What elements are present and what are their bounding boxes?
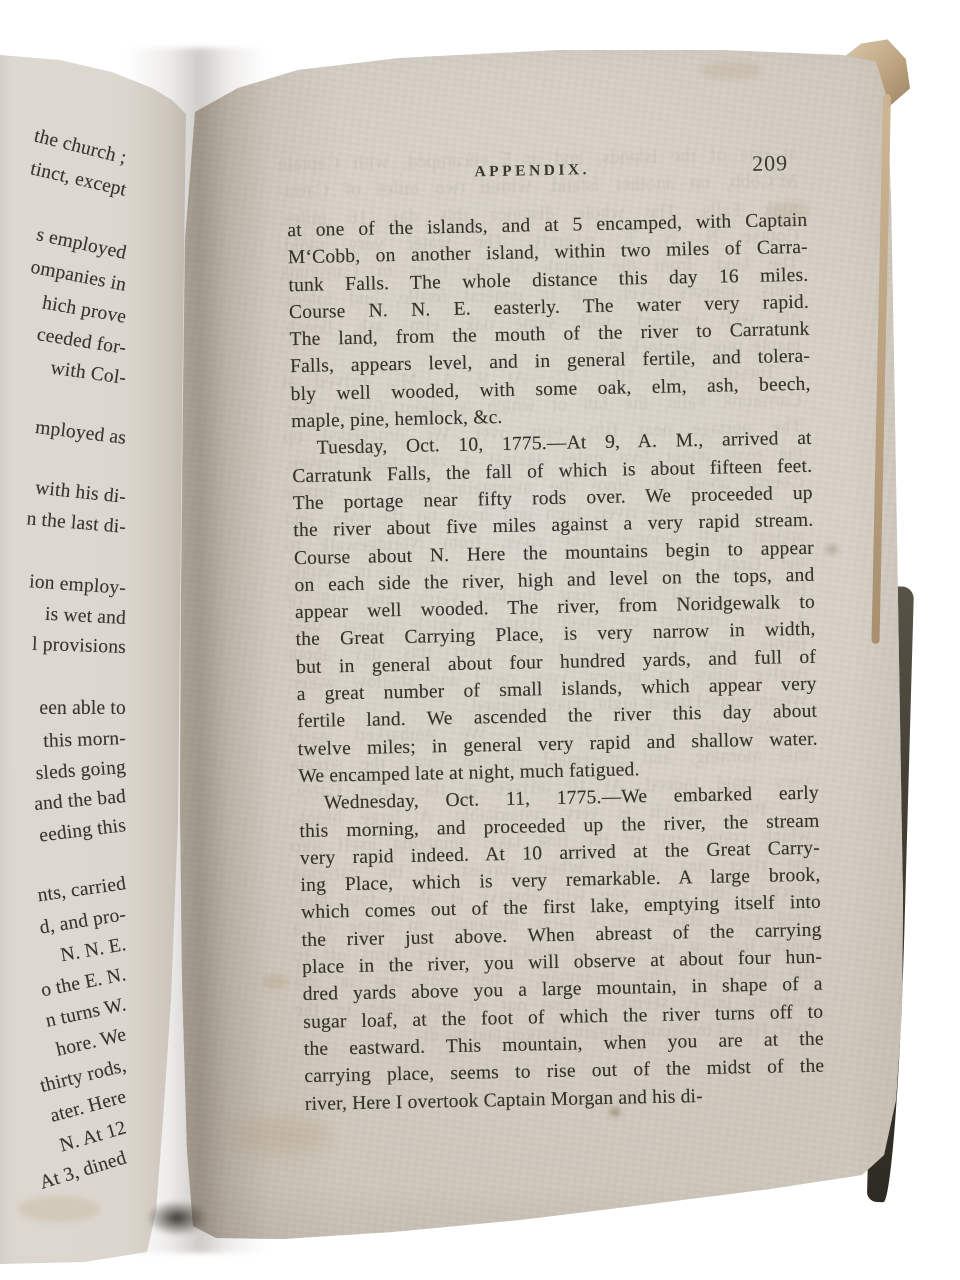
left-page-text-fragment: o the E. N. xyxy=(0,964,128,1010)
book-photo: the church ;tinct, excepts employedompan… xyxy=(0,0,960,1280)
left-page-text-fragment: ater. Here xyxy=(1,1086,128,1140)
left-page-text-fragment: hore. We xyxy=(1,1024,129,1074)
left-page-text-fragment: een able to xyxy=(0,698,126,720)
left-page-text-fragment: tinct, except xyxy=(1,152,129,202)
gutter-shadow xyxy=(126,48,268,1253)
left-page-text-fragment: thirty rods, xyxy=(1,1055,129,1107)
left-page-text-fragment: n the last di- xyxy=(0,506,127,539)
body-text: at one of the islands, and at 5 encamped… xyxy=(287,207,825,1118)
left-page-text-fragment: nts, carried xyxy=(0,873,128,912)
left-page-text-fragment: sleds going xyxy=(0,757,127,788)
stain xyxy=(18,1196,100,1222)
left-page-text-fragment: ceeded for- xyxy=(0,318,128,359)
left-page-text-fragment: N. N. E. xyxy=(0,934,128,978)
gutter-shadow-bottom xyxy=(146,1200,208,1236)
left-page-text-fragment: s employed xyxy=(0,217,128,265)
left-page-text-fragment: and the bad xyxy=(0,786,127,819)
left-page-text-fragment: At 3, dined xyxy=(2,1147,129,1205)
left-page-text-fragment: d, and pro- xyxy=(0,904,128,945)
left-page-text-fragment: eeding this xyxy=(0,815,127,852)
left-page-text-fragment: this morn- xyxy=(0,728,126,754)
left-page-text-fragment: N. At 12 xyxy=(2,1117,129,1173)
page-number: 209 xyxy=(752,150,789,177)
left-page-text-fragment: l provisions xyxy=(0,633,126,659)
left-page-text-fragment: with Col- xyxy=(0,351,128,390)
left-page-text-fragment: mployed as xyxy=(0,413,127,450)
left-page-text-fragment: the church ; xyxy=(1,118,129,170)
stain xyxy=(826,545,838,554)
left-page-text-fragment: ompanies in xyxy=(0,251,128,297)
left-page-text-fragment: is wet and xyxy=(0,601,127,630)
left-page-text-fragment: n turns W. xyxy=(0,994,128,1042)
left-page-text-fragment: hich prove xyxy=(0,285,128,329)
left-page-text-fragment: ion employ- xyxy=(0,569,127,600)
stain xyxy=(700,62,762,80)
left-page-text-fragment: with his di- xyxy=(0,474,127,509)
running-header: APPENDIX. xyxy=(474,161,590,181)
page-content: APPENDIX. 209 at one of the islands, and… xyxy=(286,153,825,1118)
